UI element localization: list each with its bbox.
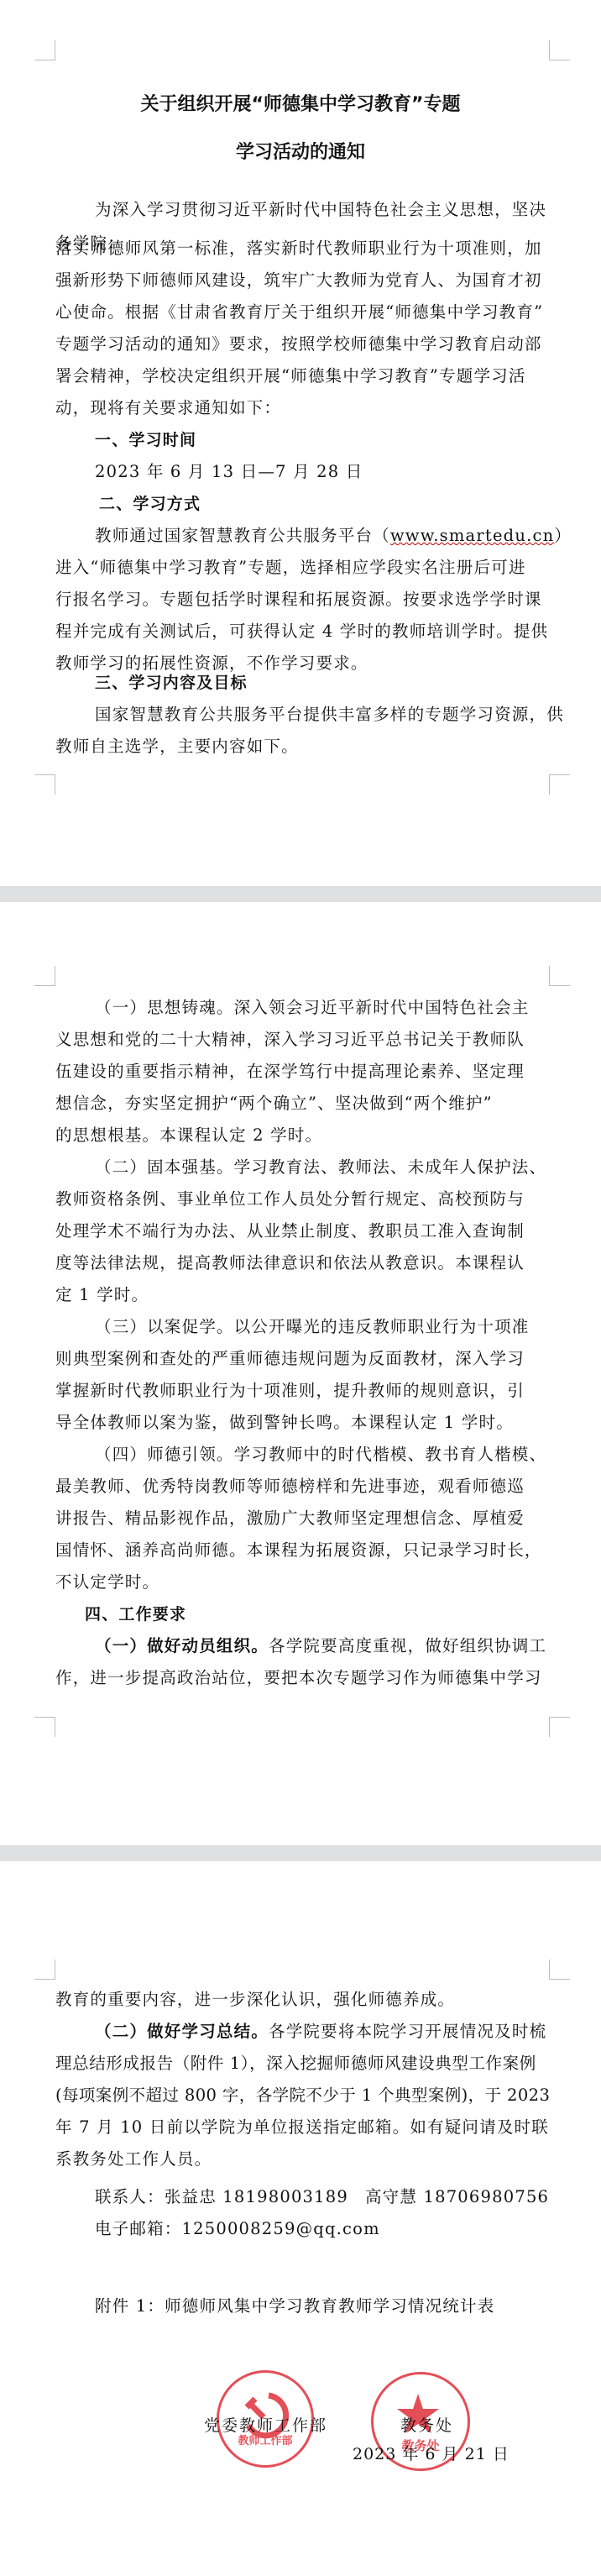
section-heading: 四、工作要求 xyxy=(85,1603,580,1625)
requirement-text: 各学院要将本院学习开展情况及时梳 xyxy=(269,2022,546,2041)
contact-line: 联系人：张益忠 18198003189高守慧 18706980756 xyxy=(95,2186,551,2208)
requirement-line: (每项案例不超过 800 字，各学院不少于 1 个典型案例)，于 2023 xyxy=(55,2085,551,2106)
content-item-line: 最美教师、优秀特岗教师等师德榜样和先进事迹，观看师德巡 xyxy=(55,1476,551,1498)
page-2: （一）思想铸魂。深入领会习近平新时代中国特色社会主 义思想和党的二十大精神，深入… xyxy=(0,902,601,1845)
content-item-line: 则典型案例和查处的严重师德违规问题为反面教材，深入学习 xyxy=(55,1348,551,1370)
margin-corner-mark xyxy=(34,774,55,795)
requirement-line: （二）做好学习总结。各学院要将本院学习开展情况及时梳 xyxy=(95,2021,551,2043)
section2-line: 教师通过国家智慧教育公共服务平台（www.smartedu.cn） xyxy=(95,525,551,547)
requirement-line: 理总结形成报告（附件 1），深入挖掘师德师风建设典型工作案例 xyxy=(55,2053,551,2075)
contact-person-1: 张益忠 18198003189 xyxy=(165,2187,348,2206)
page-break xyxy=(0,1845,601,1861)
section-heading: 二、学习方式 xyxy=(99,493,555,515)
content-item-line: 的思想根基。本课程认定 2 学时。 xyxy=(55,1125,551,1146)
intro-line: 为深入学习贯彻习近平新时代中国特色社会主义思想，坚决 xyxy=(95,199,551,221)
content-item-line: 想信念，夯实坚定拥护“两个确立”、坚决做到“两个维护” xyxy=(55,1093,551,1115)
intro-line: 强新形势下师德师风建设，筑牢广大教师为党育人、为国育才初 xyxy=(55,270,551,291)
margin-corner-mark xyxy=(549,1960,570,1980)
intro-line: 落实师德师风第一标准，落实新时代教师职业行为十项准则，加 xyxy=(55,238,551,260)
margin-corner-mark xyxy=(549,966,570,986)
intro-line: 专题学习活动的通知》要求，按照学校师德集中学习教育启动部 xyxy=(55,333,551,355)
margin-corner-mark xyxy=(549,40,570,60)
requirement-line: 年 7 月 10 日前以学院为单位报送指定邮箱。如有疑问请及时联 xyxy=(55,2117,551,2138)
requirement-title: （一）做好动员组织。 xyxy=(95,1636,269,1655)
section2-line: 进入“师德集中学习教育”专题，选择相应学段实名注册后可进 xyxy=(55,557,551,579)
signature-dept-1: 党委教师工作部 xyxy=(204,2415,327,2437)
email-label: 电子邮箱： xyxy=(95,2219,182,2238)
requirement-line: 系教务处工作人员。 xyxy=(55,2148,551,2170)
margin-corner-mark xyxy=(34,1717,55,1737)
margin-corner-mark xyxy=(549,774,570,795)
intro-line: 动，现将有关要求通知如下： xyxy=(55,397,551,419)
section-heading: 一、学习时间 xyxy=(95,429,551,451)
content-item-line: 掌握新时代教师职业行为十项准则，提升教师的规则意识，引 xyxy=(55,1380,551,1402)
attachment-note: 附件 1：师德师风集中学习教育教师学习情况统计表 xyxy=(95,2295,551,2317)
content-item-line: （四）师德引领。学习教师中的时代楷模、教书育人楷模、 xyxy=(95,1444,551,1466)
document-title-line1: 关于组织开展“师德集中学习教育”专题 xyxy=(0,92,601,118)
page-break xyxy=(0,886,601,902)
section2-line: 行报名学习。专题包括学时课程和拓展资源。按要求选学学时课 xyxy=(55,589,551,611)
requirement-line: 作，进一步提高政治站位，要把本次专题学习作为师德集中学习 xyxy=(55,1667,551,1689)
section2-suffix: ） xyxy=(554,526,572,545)
study-period: 2023 年 6 月 13 日—7 月 28 日 xyxy=(95,461,551,483)
requirement-text: 各学院要高度重视，做好组织协调工 xyxy=(269,1636,546,1655)
signature-dept-2: 教务处 xyxy=(400,2415,453,2437)
page-3: 教育的重要内容，进一步深化认识，强化师德养成。 （二）做好学习总结。各学院要将本… xyxy=(0,1861,601,2576)
section3-line: 教师自主选学，主要内容如下。 xyxy=(55,736,551,758)
content-item-line: 导全体教师以案为鉴，做到警钟长鸣。本课程认定 1 学时。 xyxy=(55,1412,551,1434)
content-item-line: 伍建设的重要指示精神，在深学笃行中提高理论素养、坚定理 xyxy=(55,1061,551,1083)
intro-line: 署会精神，学校决定组织开展“师德集中学习教育”专题学习活 xyxy=(55,365,551,387)
contact-label: 联系人： xyxy=(95,2187,165,2206)
content-item-line: 不认定学时。 xyxy=(55,1571,551,1593)
content-item-line: 讲报告、精品影视作品，激励广大教师坚定理想信念、厚植爱 xyxy=(55,1508,551,1529)
content-item-line: （二）固本强基。学习教育法、教师法、未成年人保护法、 xyxy=(95,1157,551,1178)
content-item-line: 度等法律法规，提高教师法律意识和依法从教意识。本课程认 xyxy=(55,1252,551,1274)
content-item-line: （三）以案促学。以公开曝光的违反教师职业行为十项准 xyxy=(95,1316,551,1338)
content-item-line: 教师资格条例、事业单位工作人员处分暂行规定、高校预防与 xyxy=(55,1188,551,1210)
email-line: 电子邮箱：1250008259@qq.com xyxy=(95,2218,551,2240)
requirement-title: （二）做好学习总结。 xyxy=(95,2022,269,2041)
requirement-line: （一）做好动员组织。各学院要高度重视，做好组织协调工 xyxy=(95,1635,551,1657)
section2-prefix: 教师通过国家智慧教育公共服务平台（ xyxy=(95,526,390,545)
content-item-line: 定 1 学时。 xyxy=(55,1284,551,1306)
requirement-line: 教育的重要内容，进一步深化认识，强化师德养成。 xyxy=(55,1989,551,2011)
margin-corner-mark xyxy=(34,966,55,986)
signature-date: 2023 年 6 月 21 日 xyxy=(353,2443,510,2465)
content-item-line: 处理学术不端行为办法、从业禁止制度、教职员工准入查询制 xyxy=(55,1220,551,1242)
platform-link[interactable]: www.smartedu.cn xyxy=(390,526,555,545)
margin-corner-mark xyxy=(549,1717,570,1737)
section-heading: 三、学习内容及目标 xyxy=(95,672,551,694)
section3-line: 国家智慧教育公共服务平台提供丰富多样的专题学习资源，供 xyxy=(95,704,551,726)
intro-line: 心使命。根据《甘肃省教育厅关于组织开展“师德集中学习教育” xyxy=(55,302,551,323)
document-title-line2: 学习活动的通知 xyxy=(0,140,601,165)
margin-corner-mark xyxy=(34,1960,55,1980)
content-item-line: 义思想和党的二十大精神，深入学习习近平总书记关于教师队 xyxy=(55,1029,551,1051)
section2-line: 程并完成有关测试后，可获得认定 4 学时的教师培训学时。提供 xyxy=(55,621,551,643)
content-item-line: （一）思想铸魂。深入领会习近平新时代中国特色社会主 xyxy=(95,997,551,1019)
email-address[interactable]: 1250008259@qq.com xyxy=(182,2219,380,2238)
contact-person-2: 高守慧 18706980756 xyxy=(365,2187,549,2206)
page-1: 关于组织开展“师德集中学习教育”专题 学习活动的通知 各学院： 为深入学习贯彻习… xyxy=(0,0,601,886)
content-item-line: 国情怀、涵养高尚师德。本课程为拓展资源，只记录学习时长， xyxy=(55,1540,551,1561)
margin-corner-mark xyxy=(34,40,55,60)
